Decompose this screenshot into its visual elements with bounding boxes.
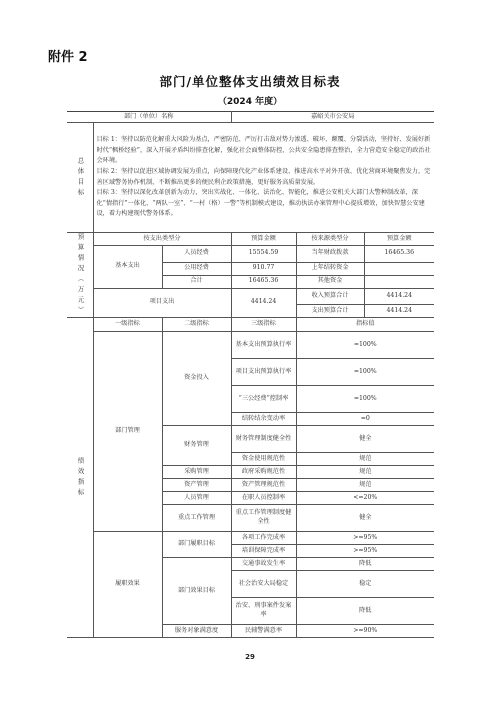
l3-indicator: 社会治安大局稳定 [231, 571, 296, 598]
income-total-value: 4414.24 [364, 288, 434, 305]
l1-effect: 履职效果 [93, 532, 162, 638]
indicator-value: =100% [296, 332, 434, 359]
l2-key-work: 重点工作管理 [162, 505, 231, 532]
indicator-value: >=95% [296, 545, 434, 558]
budget-type: 合计 [162, 275, 231, 288]
document-title: 部门/单位整体支出绩效目标表 [0, 72, 500, 90]
l3-indicator: 资金使用规范性 [231, 453, 296, 466]
perf-header-value: 指标值 [296, 318, 434, 332]
dept-name-label: 部门（单位）名称 [67, 112, 231, 123]
budget-amount: 15554.59 [231, 246, 296, 263]
indicator-value: 规范 [296, 466, 434, 479]
l3-indicator: “三公经费”控制率 [231, 386, 296, 413]
perf-header-l2: 二级指标 [162, 318, 231, 332]
project-expense-amount: 4414.24 [231, 288, 296, 318]
performance-target-table: 部门（单位）名称 嘉峪关市公安局 总体目标 目标 1：坚持以防范化解重大风险为基… [67, 111, 434, 638]
budget-type: 公用经费 [162, 262, 231, 275]
l2-staff: 人员管理 [162, 492, 231, 505]
l3-indicator: 资产管理规范性 [231, 479, 296, 492]
goal-1: 目标 1：坚持以防范化解重大风险为基点，严密防范、严厉打击敌对势力渗透、破坏、颠… [97, 135, 432, 167]
budget-source: 其他资金 [296, 275, 364, 288]
indicator-value: =100% [296, 359, 434, 386]
indicator-value: 降低 [296, 558, 434, 571]
l3-indicator: 结转结余变动率 [231, 413, 296, 426]
l2-finance: 财务管理 [162, 426, 231, 466]
indicator-value: 规范 [296, 453, 434, 466]
l2-purchase: 采购管理 [162, 466, 231, 479]
indicator-value: 降低 [296, 598, 434, 625]
l3-indicator: 培训保障完成率 [231, 545, 296, 558]
goal-3: 目标 3：坚持以深化改革创新为动力，突出实战化、一体化、法治化、智能化，推进公安… [97, 188, 432, 220]
l3-indicator: 财务管理制度健全性 [231, 426, 296, 453]
basic-expense-label: 基本支出 [93, 246, 162, 289]
l2-funds: 资金投入 [162, 332, 231, 426]
budget-header-amount: 预算金额 [231, 233, 296, 246]
expense-total-label: 支出预算合计 [296, 305, 364, 318]
l3-indicator: 重点工作管理制度健全性 [231, 505, 296, 532]
project-expense-label: 项目支出 [93, 288, 231, 318]
income-total-label: 收入预算合计 [296, 288, 364, 305]
indicator-value: =100% [296, 386, 434, 413]
l3-indicator: 政府采购规范性 [231, 466, 296, 479]
l3-indicator: 项目支出预算执行率 [231, 359, 296, 386]
goals-label: 总体目标 [67, 123, 93, 233]
l3-indicator: 基本支出预算执行率 [231, 332, 296, 359]
l2-asset: 资产管理 [162, 479, 231, 492]
indicator-value: <=20% [296, 492, 434, 505]
l3-indicator: 各项工作完成率 [231, 532, 296, 545]
page-number: 29 [0, 653, 500, 661]
budget-amount: 910.77 [231, 262, 296, 275]
budget-label: 预算情况（万元） [67, 233, 93, 318]
perf-header-l1: 一级指标 [93, 318, 162, 332]
document-year: （2024 年度） [0, 94, 500, 107]
budget-source-amount [364, 275, 434, 288]
budget-header-expense-type: 按支出类型分 [93, 233, 231, 246]
l2-duty-goal: 部门履职目标 [162, 532, 231, 558]
budget-source: 上年结转资金 [296, 262, 364, 275]
budget-type: 人员经费 [162, 246, 231, 263]
indicator-value: 健全 [296, 505, 434, 532]
budget-header-source: 按来源类型分 [296, 233, 364, 246]
budget-header-source-amount: 预算金额 [364, 233, 434, 246]
l1-dept-mgmt: 部门管理 [93, 332, 162, 532]
l2-effect-goal: 部门效果目标 [162, 558, 231, 625]
dept-name-value: 嘉峪关市公安局 [231, 112, 434, 123]
attachment-label: 附件 2 [48, 46, 88, 65]
budget-source-amount [364, 262, 434, 275]
performance-label: 绩效指标 [67, 318, 93, 638]
indicator-value: 规范 [296, 479, 434, 492]
l2-satisfaction: 服务对象满意度 [162, 625, 231, 638]
l3-indicator: 交通事故发生率 [231, 558, 296, 571]
l3-indicator: 民辅警满意率 [231, 625, 296, 638]
expense-total-value: 4414.24 [364, 305, 434, 318]
goal-2: 目标 2：坚持以促进区域协调发展为重点，向保障现代化产业体系建设、推进高水平对外… [97, 167, 432, 188]
budget-source: 当年财政拨款 [296, 246, 364, 263]
goals-cell: 目标 1：坚持以防范化解重大风险为基点，严密防范、严厉打击敌对势力渗透、破坏、颠… [93, 123, 434, 233]
indicator-value: 健全 [296, 426, 434, 453]
indicator-value: =0 [296, 413, 434, 426]
l3-indicator: 在职人员控制率 [231, 492, 296, 505]
budget-amount: 16465.36 [231, 275, 296, 288]
perf-header-l3: 三级指标 [231, 318, 296, 332]
budget-source-amount: 16465.36 [364, 246, 434, 263]
l3-indicator: 治安、刑事案件发案率 [231, 598, 296, 625]
indicator-value: >=95% [296, 532, 434, 545]
indicator-value: >=90% [296, 625, 434, 638]
indicator-value: 稳定 [296, 571, 434, 598]
